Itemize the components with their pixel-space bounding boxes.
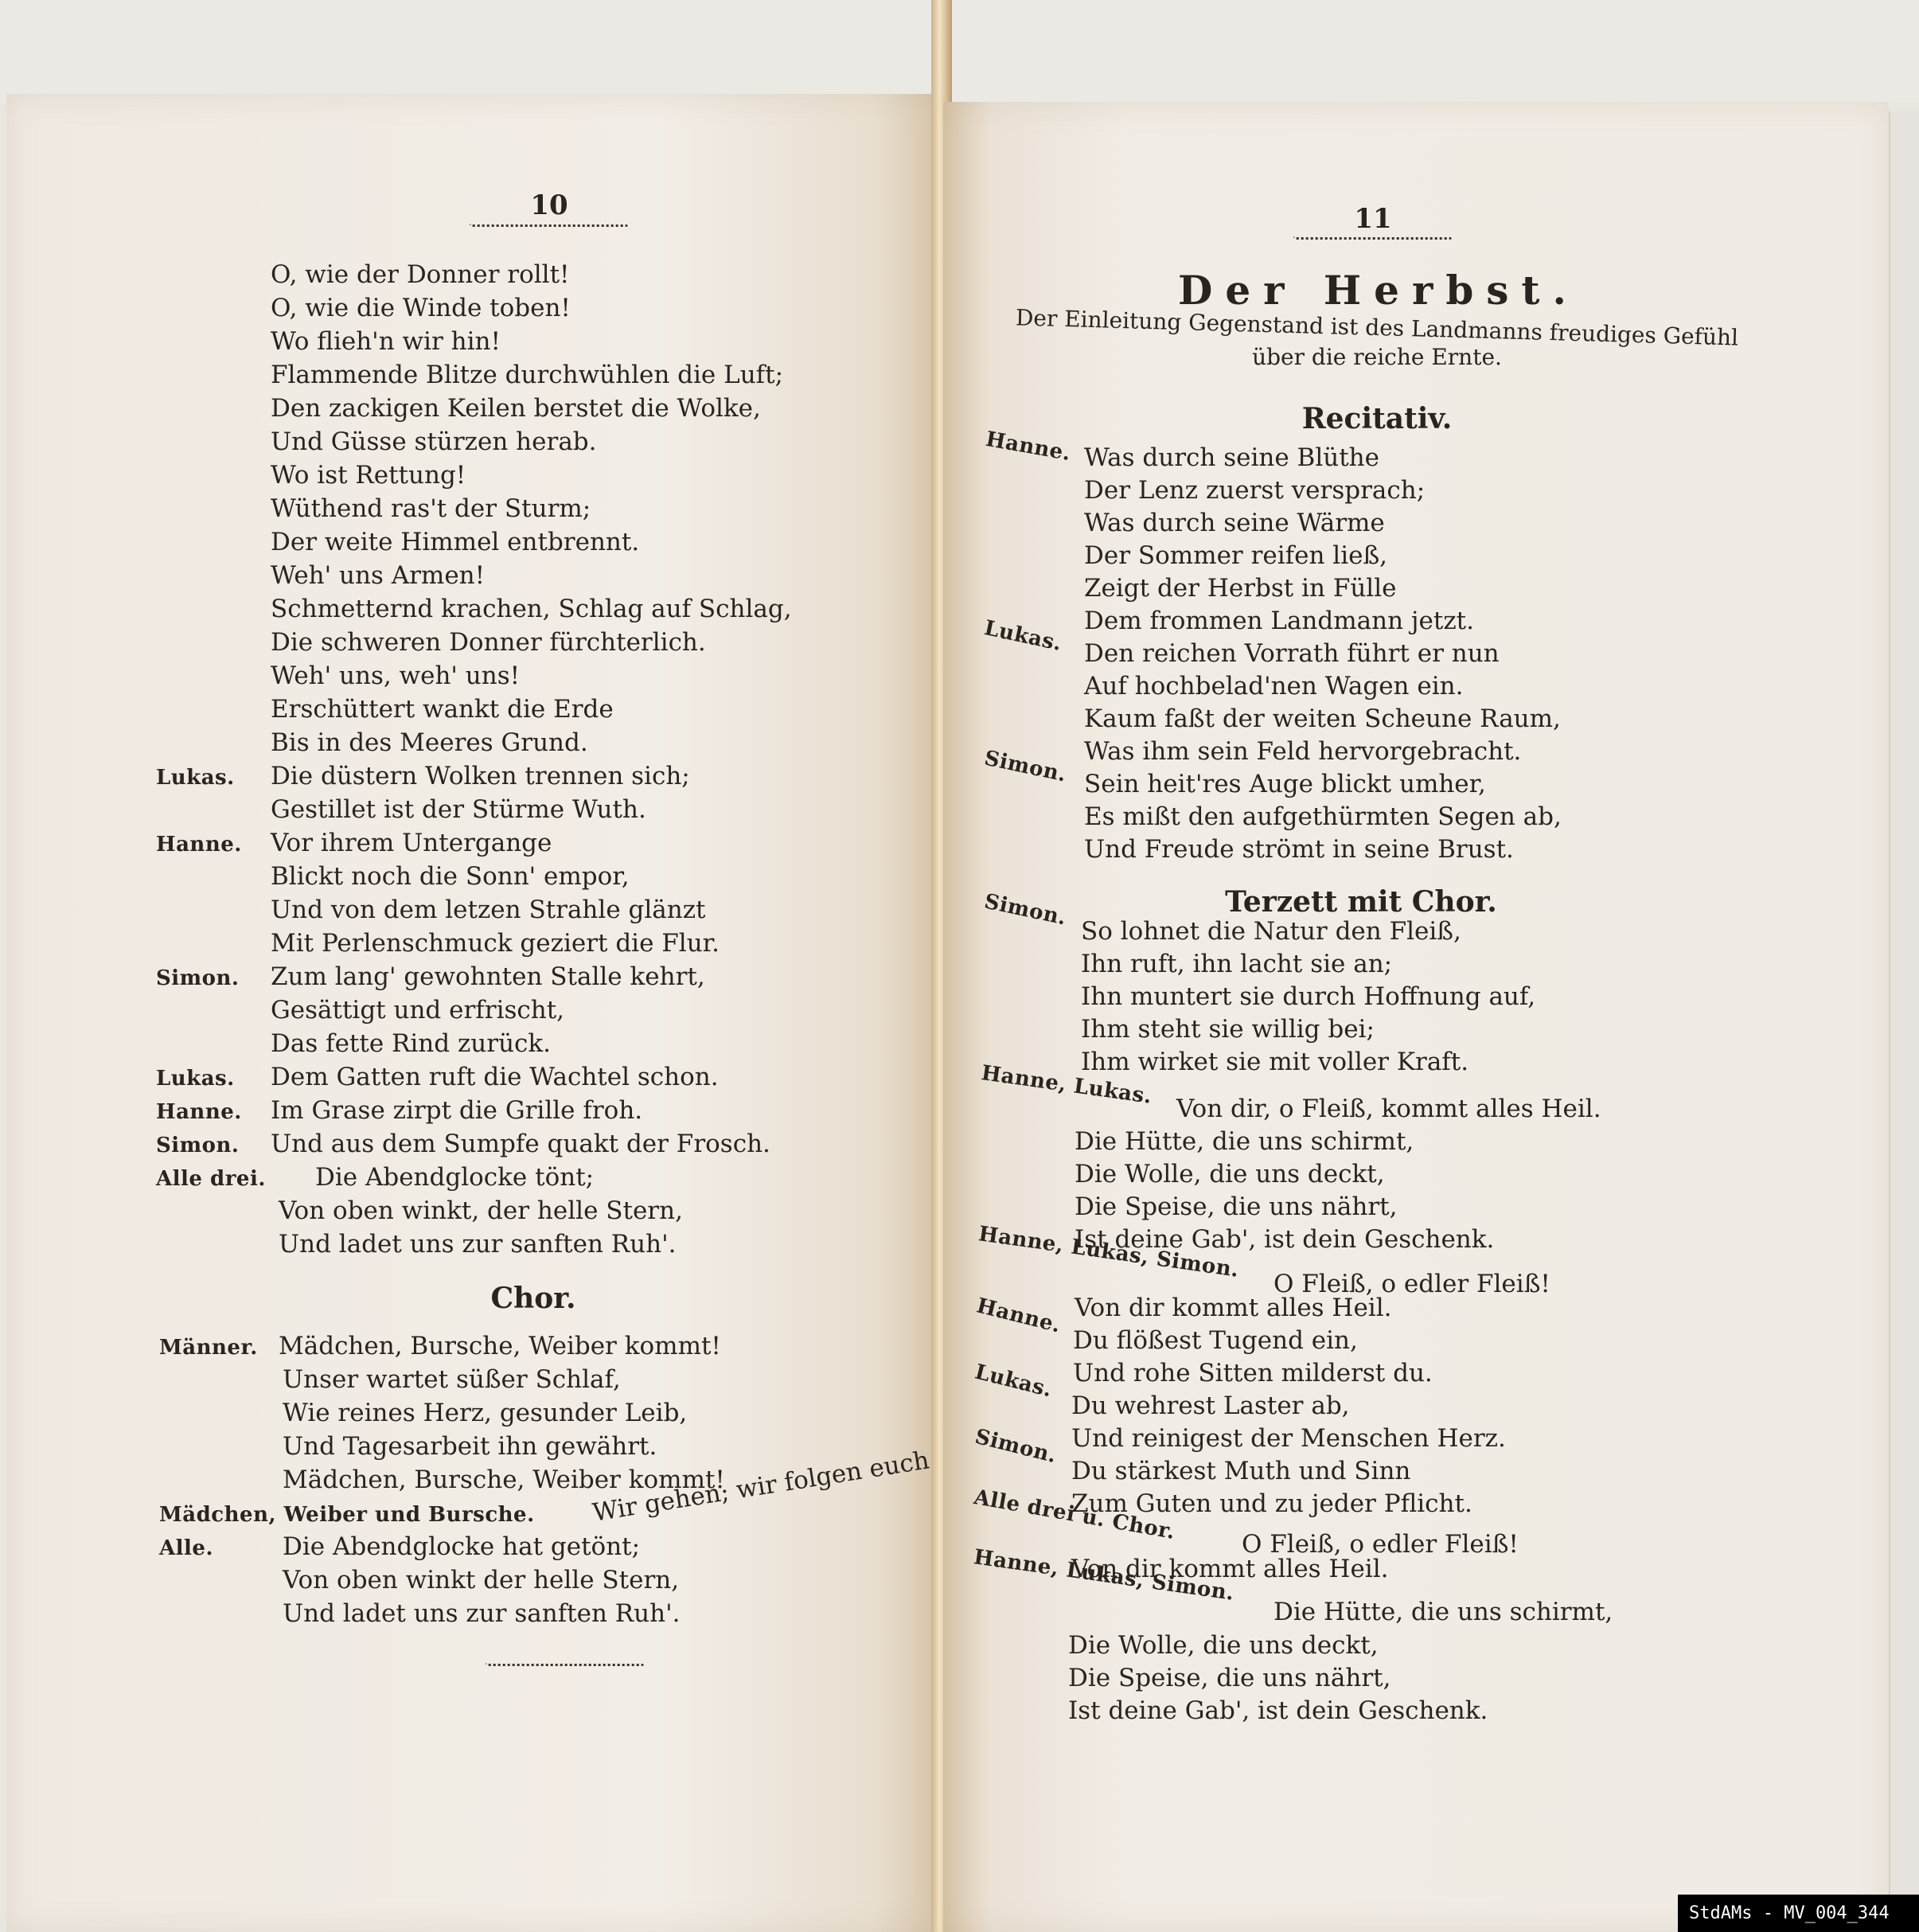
verse-line: Vor ihrem Untergange [271, 831, 552, 856]
verse-line: Auf hochbelad'nen Wagen ein. [1084, 674, 1463, 699]
speaker-label: Alle. [159, 1538, 213, 1559]
verse-line: O, wie der Donner rollt! [271, 263, 570, 287]
verse-line: Dem Gatten ruft die Wachtel schon. [271, 1065, 719, 1090]
verse-line: Der weite Himmel entbrennt. [271, 530, 639, 555]
verse-line: Der Lenz zuerst versprach; [1084, 478, 1425, 503]
verse-line: Was durch seine Wärme [1084, 511, 1385, 536]
speaker-label: Alle drei. [156, 1169, 266, 1189]
verse-line: Zeigt der Herbst in Fülle [1084, 576, 1396, 601]
verse-line: Bis in des Meeres Grund. [271, 731, 588, 755]
speaker-label: Simon. [156, 1135, 239, 1156]
verse-line: Weh' uns, weh' uns! [271, 664, 520, 689]
intro-line: über die reiche Ernte. [987, 344, 1767, 370]
chor-heading: Chor. [446, 1282, 621, 1315]
verse-line: Du flößest Tugend ein, [1073, 1329, 1358, 1353]
speaker-label: Hanne. [156, 834, 242, 855]
verse-line: Dem frommen Landmann jetzt. [1084, 609, 1474, 634]
verse-line: Die Abendglocke tönt; [315, 1165, 594, 1190]
speaker-label: Lukas. [156, 1068, 235, 1089]
archive-watermark: StdAMs - MV_004_344 [1678, 1895, 1919, 1932]
verse-line: Das fette Rind zurück. [271, 1032, 551, 1056]
verse-line: Mädchen, Bursche, Weiber kommt! [279, 1334, 721, 1359]
verse-line: Und Güsse stürzen herab. [271, 430, 597, 455]
verse-line: O Fleiß, o edler Fleiß! [1242, 1532, 1519, 1557]
scan-backdrop [0, 0, 1919, 103]
speaker-label: Männer. [159, 1337, 258, 1358]
verse-line: Die Wolle, die uns deckt, [1068, 1633, 1379, 1658]
verse-line: Und Freude strömt in seine Brust. [1084, 837, 1514, 862]
verse-line: Ist deine Gab', ist dein Geschenk. [1068, 1699, 1488, 1723]
verse-line: Von dir, o Fleiß, kommt alles Heil. [1176, 1097, 1601, 1122]
verse-line: Ihn muntert sie durch Hoffnung auf, [1081, 985, 1535, 1009]
verse-line: Ihm wirket sie mit voller Kraft. [1081, 1050, 1469, 1075]
verse-line: Was ihm sein Feld hervorgebracht. [1084, 740, 1521, 764]
left-page-number-ornament [470, 218, 629, 227]
speaker-label: Hanne. [156, 1102, 242, 1122]
verse-line: Und ladet uns zur sanften Ruh'. [279, 1232, 676, 1257]
verse-line: Die Speise, die uns nährt, [1075, 1195, 1397, 1220]
verse-line: Die Wolle, die uns deckt, [1075, 1162, 1385, 1187]
verse-line: Blickt noch die Sonn' empor, [271, 865, 630, 889]
verse-line: Es mißt den aufgethürmten Segen ab, [1084, 805, 1562, 829]
verse-line: Flammende Blitze durchwühlen die Luft; [271, 363, 783, 388]
verse-line: Der Sommer reifen ließ, [1084, 544, 1387, 568]
verse-line: Die Hütte, die uns schirmt, [1273, 1600, 1613, 1625]
verse-line: Unser wartet süßer Schlaf, [283, 1368, 621, 1392]
verse-line: Die Hütte, die uns schirmt, [1075, 1130, 1414, 1154]
verse-line: Wüthend ras't der Sturm; [271, 497, 591, 521]
terzett-heading: Terzett mit Chor. [1194, 885, 1528, 919]
section-title: Der Herbst. [1178, 267, 1576, 314]
verse-line: Gestillet ist der Stürme Wuth. [271, 798, 646, 822]
verse-line: Ihn ruft, ihn lacht sie an; [1081, 952, 1392, 977]
verse-line: Von oben winkt der helle Stern, [283, 1568, 679, 1593]
verse-line: Die Speise, die uns nährt, [1068, 1666, 1390, 1691]
verse-line: Von dir kommt alles Heil. [1075, 1296, 1392, 1321]
verse-line: Und aus dem Sumpfe quakt der Frosch. [271, 1132, 770, 1157]
right-page-number-ornament [1293, 231, 1453, 240]
verse-line: Du wehrest Laster ab, [1071, 1394, 1350, 1419]
recitativ-heading: Recitativ. [1258, 402, 1496, 435]
verse-line: Die düstern Wolken trennen sich; [271, 764, 690, 789]
speaker-label: Simon. [156, 968, 239, 989]
right-page-number: 11 [1293, 203, 1453, 235]
left-page-number: 10 [470, 189, 629, 221]
end-ornament [486, 1657, 645, 1666]
verse-line: Im Grase zirpt die Grille froh. [271, 1099, 642, 1123]
verse-line: Die Abendglocke hat getönt; [283, 1535, 640, 1559]
verse-line: Von oben winkt, der helle Stern, [279, 1199, 683, 1224]
verse-line: Erschüttert wankt die Erde [271, 697, 614, 722]
verse-line: Kaum faßt der weiten Scheune Raum, [1084, 707, 1561, 732]
verse-line: Wie reines Herz, gesunder Leib, [283, 1401, 687, 1426]
speaker-label: Mädchen, Weiber und Bursche. [159, 1505, 535, 1525]
verse-line: Sein heit'res Auge blickt umher, [1084, 772, 1486, 797]
verse-line: Und von dem letzen Strahle glänzt [271, 898, 706, 923]
verse-line: Den zackigen Keilen berstet die Wolke, [271, 396, 761, 421]
verse-line: Die schweren Donner fürchterlich. [271, 630, 706, 655]
verse-line: Und ladet uns zur sanften Ruh'. [283, 1602, 680, 1626]
verse-line: O, wie die Winde toben! [271, 296, 571, 321]
verse-line: Zum lang' gewohnten Stalle kehrt, [271, 965, 705, 989]
verse-line: Und rohe Sitten milderst du. [1073, 1361, 1433, 1386]
verse-line: Den reichen Vorrath führt er nun [1084, 642, 1500, 666]
verse-line: Schmetternd krachen, Schlag auf Schlag, [271, 597, 792, 622]
verse-line: Gesättigt und erfrischt, [271, 998, 564, 1023]
verse-line: Wo flieh'n wir hin! [271, 330, 501, 354]
verse-line: Und Tagesarbeit ihn gewährt. [283, 1434, 657, 1459]
verse-line: So lohnet die Natur den Fleiß, [1081, 919, 1461, 944]
verse-line: Du stärkest Muth und Sinn [1071, 1459, 1410, 1484]
speaker-label: Lukas. [156, 767, 235, 788]
verse-line: Mit Perlenschmuck geziert die Flur. [271, 931, 720, 956]
page-edge [1889, 111, 1919, 1932]
verse-line: Weh' uns Armen! [271, 564, 485, 588]
verse-line: Ihm steht sie willig bei; [1081, 1017, 1375, 1042]
verse-line: Wo ist Rettung! [271, 463, 466, 488]
verse-line: Und reinigest der Menschen Herz. [1071, 1427, 1506, 1451]
verse-line: Was durch seine Blüthe [1084, 446, 1379, 470]
